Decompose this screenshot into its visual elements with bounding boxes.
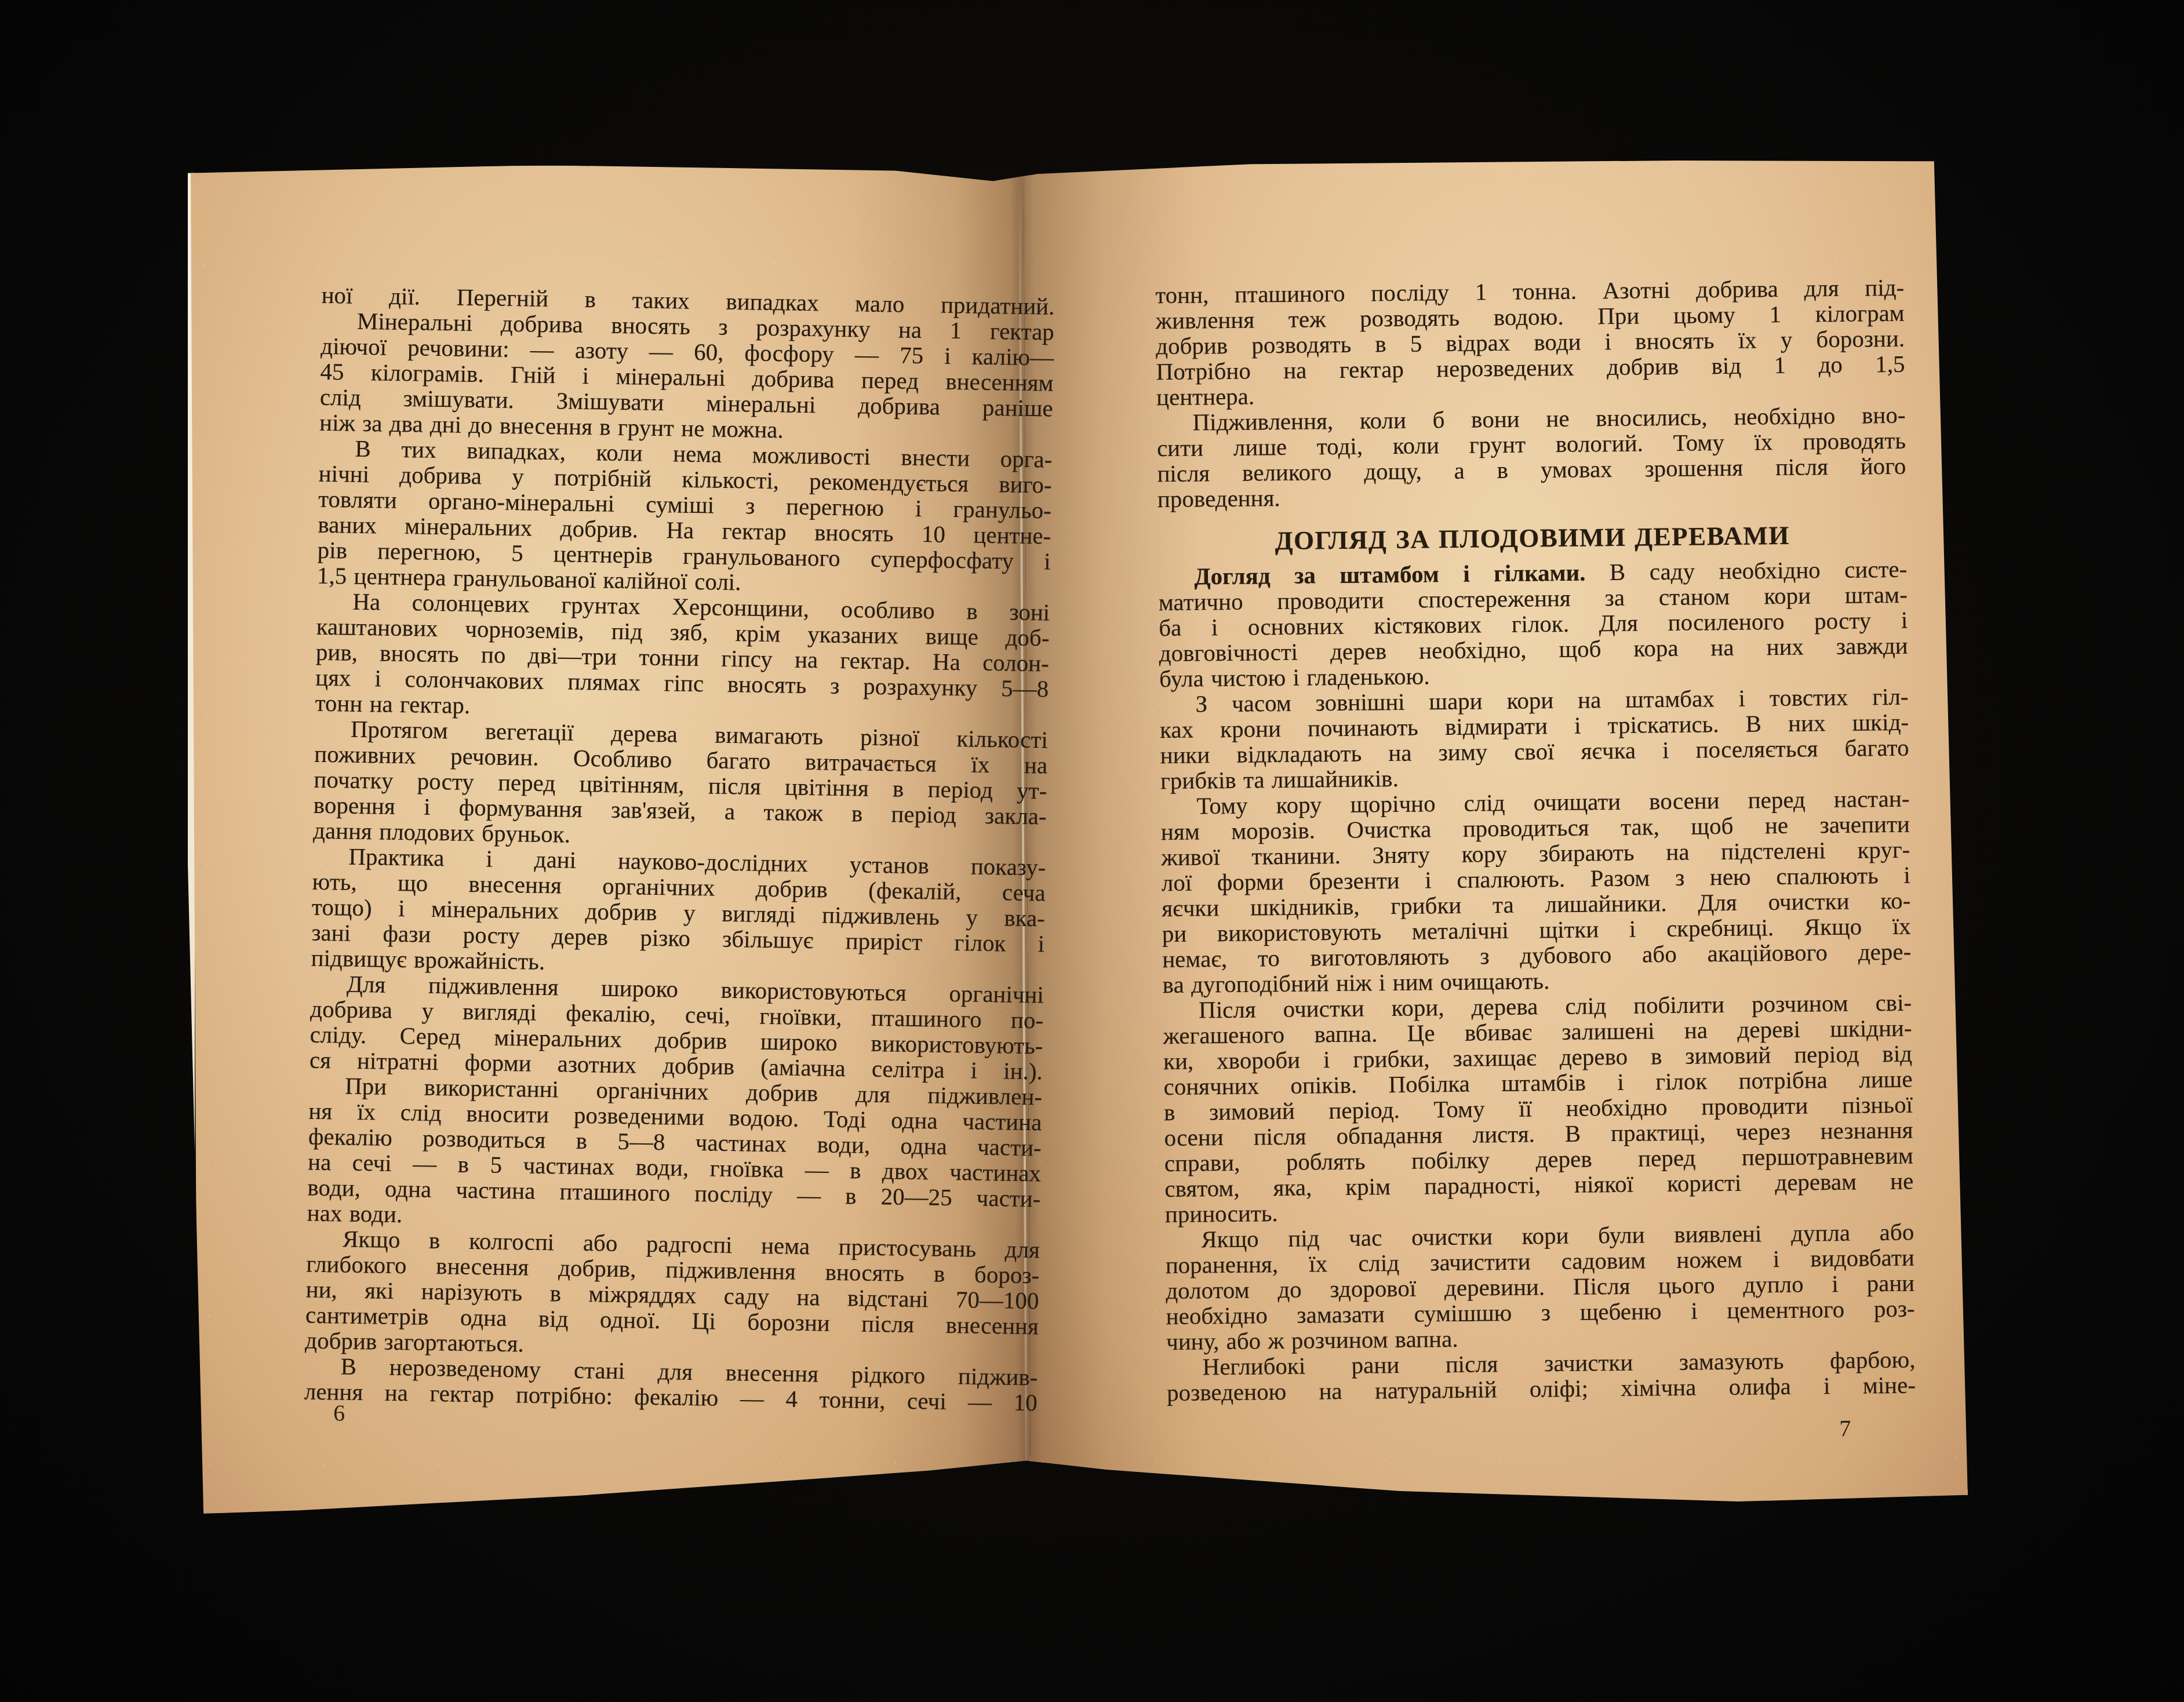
page-text-left: ної дії. Перегній в таких випадках мало … — [304, 282, 1055, 1416]
page-number-right: 7 — [1839, 1415, 1851, 1442]
section-heading: ДОГЛЯД ЗА ПЛОДОВИМИ ДЕРЕВАМИ — [1157, 520, 1906, 556]
page-text-right: тонн, пташиного посліду 1 тонна. Азотні … — [1155, 275, 1916, 1405]
photo-background: { "book": { "colors": { "background": "#… — [0, 0, 2184, 1702]
open-book: ної дії. Перегній в таких випадках мало … — [183, 153, 1970, 1514]
page-number-left: 6 — [333, 1399, 345, 1427]
